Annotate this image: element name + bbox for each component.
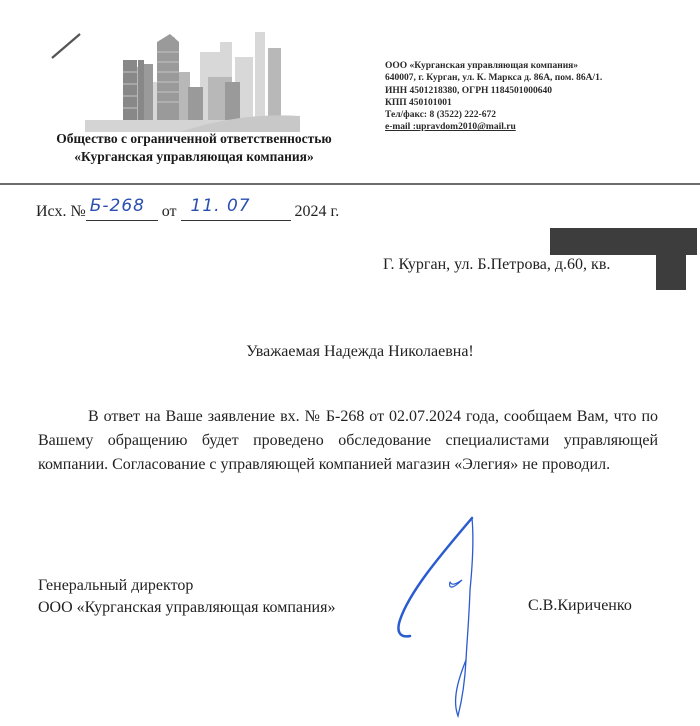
city-skyline-logo	[30, 12, 300, 132]
contact-company: ООО «Курганская управляющая компания»	[385, 60, 602, 72]
ref-number-field: Б-268	[86, 202, 158, 221]
organization-name: Общество с ограниченной ответственностью…	[24, 130, 364, 166]
ref-year: 2024 г.	[295, 203, 340, 220]
header-divider	[0, 183, 700, 185]
contact-address: 640007, г. Курган, ул. К. Маркса д. 86А,…	[385, 72, 602, 84]
redaction-block	[656, 254, 686, 290]
signatory-position: Генеральный директор	[38, 575, 335, 597]
ref-date-handwritten: 11. 07	[191, 196, 251, 216]
contact-phone: Тел/факс: 8 (3522) 222-672	[385, 109, 602, 121]
contact-kpp: КПП 450101001	[385, 97, 602, 109]
handwritten-signature	[390, 510, 500, 720]
org-name-line2: «Курганская управляющая компания»	[24, 148, 364, 166]
body-paragraph: В ответ на Ваше заявление вх. № Б-268 от…	[38, 405, 658, 477]
letter-body: В ответ на Ваше заявление вх. № Б-268 от…	[38, 405, 658, 477]
signatory-company: ООО «Курганская управляющая компания»	[38, 597, 335, 619]
ref-number-handwritten: Б-268	[90, 196, 145, 216]
contact-details: ООО «Курганская управляющая компания» 64…	[385, 60, 602, 134]
signer-name: С.В.Кириченко	[528, 597, 632, 615]
contact-inn-ogrn: ИНН 4501218380, ОГРН 1184501000640	[385, 85, 602, 97]
signatory-title: Генеральный директор ООО «Курганская упр…	[38, 575, 335, 619]
org-name-line1: Общество с ограниченной ответственностью	[24, 130, 364, 148]
recipient-address: Г. Курган, ул. Б.Петрова, д.60, кв.	[383, 256, 610, 274]
contact-email: e-mail :upravdom2010@mail.ru	[385, 121, 602, 133]
greeting: Уважаемая Надежда Николаевна!	[0, 343, 700, 361]
ref-from-label: от	[162, 203, 177, 220]
redaction-block	[550, 228, 697, 255]
reference-line: Исх. №Б-268 от 11. 07 2024 г.	[36, 202, 339, 221]
ref-prefix: Исх. №	[36, 203, 86, 220]
ref-date-field: 11. 07	[181, 202, 291, 221]
